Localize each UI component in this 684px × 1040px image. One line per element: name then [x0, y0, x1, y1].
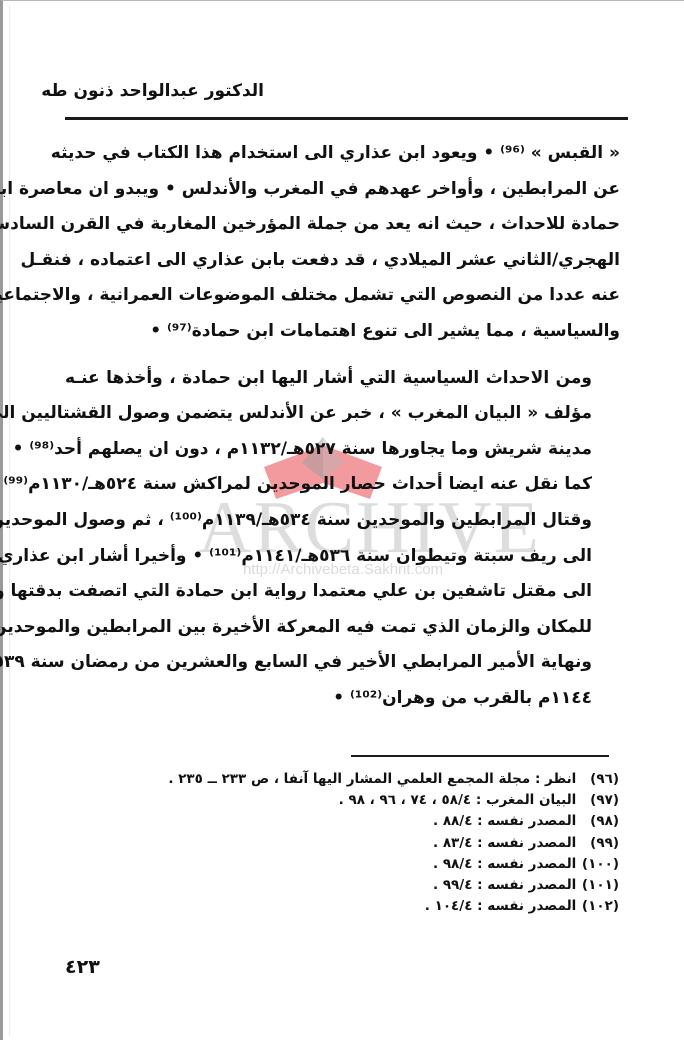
footnote-96: (٩٦) انظر : مجلة المجمع العلمي المشار ال… — [59, 769, 619, 790]
footnote-number: (٩٧) — [581, 790, 619, 811]
header-rule — [65, 117, 628, 120]
footnote-text: المصدر نفسه : ٩٨/٤ . — [433, 856, 576, 872]
text-line: حمادة للاحداث ، حيث انه يعد من جملة المؤ… — [65, 207, 620, 243]
footnote-number: (١٠٢) — [581, 896, 619, 917]
text-line: عن المرابطين ، وأواخر عهدهم في المغرب وا… — [65, 172, 620, 208]
footnote-separator — [351, 755, 609, 757]
body-text: « القبس » ⁽⁹⁶⁾ • ويعود ابن عذاري الى است… — [65, 136, 620, 717]
footnote-text: المصدر نفسه : ٩٩/٤ . — [433, 877, 576, 893]
text-line: الى ريف سبتة وتيطوان سنة ٥٣٦هـ/١١٤١م⁽¹⁰¹… — [65, 539, 620, 575]
text-line: مدينة شريش وما يجاورها سنة ٥٢٧هـ/١١٣٢م ،… — [65, 432, 620, 468]
footnote-99: (٩٩) المصدر نفسه : ٨٣/٤ . — [59, 833, 619, 854]
footnote-98: (٩٨) المصدر نفسه : ٨٨/٤ . — [59, 811, 619, 832]
footnotes: (٩٦) انظر : مجلة المجمع العلمي المشار ال… — [59, 769, 619, 917]
footnote-text: المصدر نفسه : ٨٣/٤ . — [433, 835, 576, 851]
footnote-number: (١٠٠) — [581, 854, 619, 875]
text-line: وقتال المرابطين والموحدين سنة ٥٣٤هـ/١١٣٩… — [65, 503, 620, 539]
text-line: الى مقتل تاشفين بن علي معتمدا رواية ابن … — [65, 574, 620, 610]
footnote-text: المصدر نفسه : ١٠٤/٤ . — [425, 898, 577, 914]
text-line: مؤلف « البيان المغرب » ، خبر عن الأندلس … — [65, 396, 620, 432]
text-line: كما نقل عنه ايضا أحداث حصار الموحدين لمر… — [65, 467, 620, 503]
running-head-author: الدكتور عبدالواحد ذنون طه — [41, 81, 264, 101]
text-line: الهجري/الثاني عشر الميلادي ، قد دفعت باب… — [65, 243, 620, 279]
text-line: عنه عددا من النصوص التي تشمل مختلف الموض… — [65, 278, 620, 314]
paragraph-2: ومن الاحداث السياسية التي أشار اليها ابن… — [65, 361, 620, 717]
footnote-text: البيان المغرب : ٥٨/٤ ، ٧٤ ، ٩٦ ، ٩٨ . — [339, 792, 577, 808]
text-line: ١١٤٤م بالقرب من وهران⁽¹⁰²⁾ • — [65, 681, 620, 717]
footnote-number: (٩٦) — [581, 769, 619, 790]
footnote-number: (٩٩) — [581, 833, 619, 854]
footnote-text: انظر : مجلة المجمع العلمي المشار اليها آ… — [168, 771, 576, 787]
paragraph-1: « القبس » ⁽⁹⁶⁾ • ويعود ابن عذاري الى است… — [65, 136, 620, 350]
text-line: ومن الاحداث السياسية التي أشار اليها ابن… — [65, 361, 620, 397]
footnote-102: (١٠٢) المصدر نفسه : ١٠٤/٤ . — [59, 896, 619, 917]
text-line: للمكان والزمان الذي تمت فيه المعركة الأخ… — [65, 610, 620, 646]
scanned-page: الدكتور عبدالواحد ذنون طه ARCHIVE http:/… — [0, 0, 684, 1040]
page-number: ٤٢٣ — [65, 956, 100, 978]
text-line: والسياسية ، مما يشير الى تنوع اهتمامات ا… — [65, 314, 620, 350]
footnote-97: (٩٧) البيان المغرب : ٥٨/٤ ، ٧٤ ، ٩٦ ، ٩٨… — [59, 790, 619, 811]
text-line: ونهاية الأمير المرابطي الأخير في السابع … — [65, 645, 620, 681]
footnote-number: (١٠١) — [581, 875, 619, 896]
footnote-text: المصدر نفسه : ٨٨/٤ . — [433, 813, 576, 829]
footnote-101: (١٠١) المصدر نفسه : ٩٩/٤ . — [59, 875, 619, 896]
text-line: « القبس » ⁽⁹⁶⁾ • ويعود ابن عذاري الى است… — [65, 136, 620, 172]
footnote-100: (١٠٠) المصدر نفسه : ٩٨/٤ . — [59, 854, 619, 875]
footnote-number: (٩٨) — [581, 811, 619, 832]
